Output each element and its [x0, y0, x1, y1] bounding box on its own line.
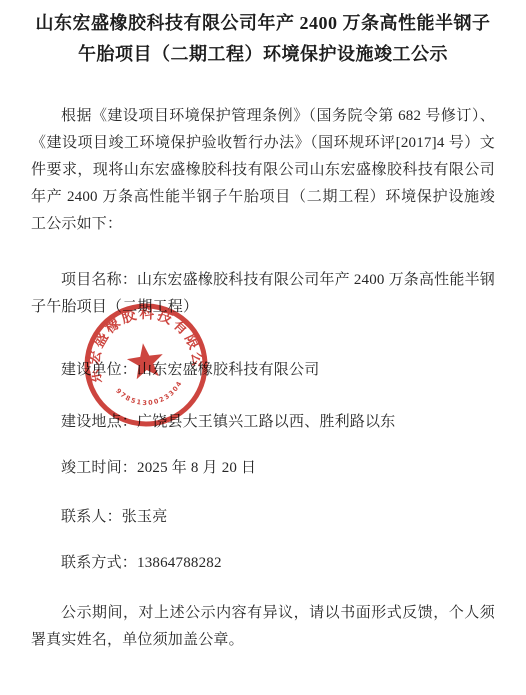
closing-paragraph: 公示期间，对上述公示内容有异议，请以书面形式反馈，个人须署真实姓名，单位须加盖公… [31, 600, 495, 654]
document-title-line-1: 山东宏盛橡胶科技有限公司年产 2400 万条高性能半钢子 [31, 8, 495, 39]
field-construction-unit: 建设单位：山东宏盛橡胶科技有限公司 [31, 357, 495, 384]
field-project-name: 项目名称：山东宏盛橡胶科技有限公司年产 2400 万条高性能半钢子午胎项目（二期… [31, 267, 495, 321]
field-contact-person: 联系人：张玉亮 [31, 504, 495, 531]
field-contact-phone: 联系方式：13864788282 [31, 550, 495, 577]
intro-paragraph: 根据《建设项目环境保护管理条例》（国务院令第 682 号修订）、《建设项目竣工环… [31, 103, 495, 238]
document-title: 山东宏盛橡胶科技有限公司年产 2400 万条高性能半钢子 午胎项目（二期工程）环… [31, 8, 495, 70]
notice-document-page: 山东宏盛橡胶科技有限公司年产 2400 万条高性能半钢子 午胎项目（二期工程）环… [0, 0, 526, 695]
document-title-line-2: 午胎项目（二期工程）环境保护设施竣工公示 [31, 39, 495, 70]
field-construction-site: 建设地点：广饶县大王镇兴工路以西、胜利路以东 [31, 409, 495, 436]
field-completion-date: 竣工时间：2025 年 8 月 20 日 [31, 455, 495, 482]
document-content: 山东宏盛橡胶科技有限公司年产 2400 万条高性能半钢子 午胎项目（二期工程）环… [0, 0, 526, 654]
